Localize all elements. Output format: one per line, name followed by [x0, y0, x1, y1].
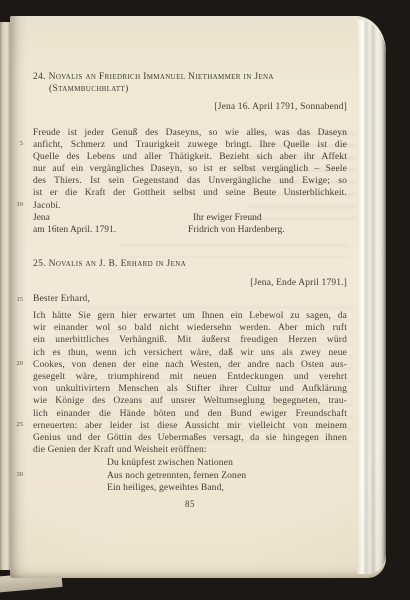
text-line: wie Könige des Ozeans auf unsrer Weltums…	[33, 395, 347, 407]
text-line: wir einander wol so bald nicht wiederseh…	[33, 322, 347, 334]
text-line: Quelle des Lebens und aller Thätigkeit. …	[33, 151, 347, 163]
text-line: lich einander die Hände böten und den Bu…	[33, 408, 347, 420]
letter-24-closing-row-1: Jena Ihr ewiger Freund	[33, 212, 347, 224]
letter-24-body: Freude ist jeder Genuß des Daseyns, so w…	[33, 127, 347, 212]
margin-line-number: 20	[10, 360, 23, 367]
text-line: erneuerten: aber leider ist diese Aussic…	[33, 420, 347, 432]
margin-line-number: 25	[10, 421, 23, 428]
text-line: Aus noch getrennten, fernen Zonen	[107, 470, 347, 483]
letter-25-heading: 25. Novalis an J. B. Erhard in Jena	[33, 259, 347, 269]
letter-25-verse: Du knüpfest zwischen NationenAus noch ge…	[107, 457, 347, 495]
margin-line-number: 30	[10, 471, 23, 478]
text-line: Genius und der Göttin des Uebermaßes ver…	[33, 432, 347, 444]
text-line: gesegelt wäre, triumphirend mit neuen En…	[33, 371, 347, 383]
closing-place: Jena	[33, 213, 50, 223]
text-line: Jacobi.	[33, 200, 347, 212]
margin-line-number: 10	[10, 201, 23, 208]
margin-line-number: 15	[10, 296, 23, 303]
closing-valediction: Ihr ewiger Freund	[193, 212, 262, 224]
closing-date: am 16ten April. 1791.	[33, 225, 116, 235]
letter-24-dateline: [Jena 16. April 1791, Sonnabend]	[33, 102, 347, 112]
letter-25-salutation: Bester Erhard,	[33, 294, 347, 304]
page-text: 24. Novalis an Friedrich Immanuel Nietha…	[0, 0, 410, 600]
letter-25-body: Ich hätte Sie gern hier erwartet um Ihne…	[33, 310, 347, 456]
letter-24-closing-row-2: am 16ten April. 1791. Fridrich von Harde…	[33, 224, 347, 236]
text-line: anficht, Schmerz und Traurigkeit zuwege …	[33, 139, 347, 151]
book-scan-photo: 24. Novalis an Friedrich Immanuel Nietha…	[0, 0, 410, 600]
text-line: ich es thun, wenn ich versichert wäre, d…	[33, 347, 347, 359]
text-line: von unkultivirtern Menschen als Stifter …	[33, 383, 347, 395]
text-line: Ich hätte Sie gern hier erwartet um Ihne…	[33, 310, 347, 322]
text-line: Ein heiliges, geweihtes Band,	[107, 482, 347, 495]
text-line: des Thiers. Ist sein Gegenstand das Unve…	[33, 175, 347, 187]
text-line: nur auf ein vergängliches Daseyn, so ist…	[33, 163, 347, 175]
text-line: die Genien der Kraft und Weisheit eröffn…	[33, 444, 347, 456]
letter-24-heading: 24. Novalis an Friedrich Immanuel Nietha…	[33, 72, 347, 82]
text-line: Du knüpfest zwischen Nationen	[107, 457, 347, 470]
letter-24-heading-sub: (Stammbuchblatt)	[49, 84, 363, 94]
text-line: Freude ist jeder Genuß des Daseyns, so w…	[33, 127, 347, 139]
page-number: 85	[33, 499, 347, 509]
margin-line-number: 5	[10, 140, 23, 147]
text-line: ist er die Kraft der Gottheit selbst und…	[33, 187, 347, 199]
text-line: Cookes, von denen der eine nach Westen, …	[33, 359, 347, 371]
letter-25-dateline: [Jena, Ende April 1791.]	[33, 278, 347, 288]
text-line: ein unerbittliches Verhängniß. Mit äußer…	[33, 334, 347, 346]
closing-signature: Fridrich von Hardenberg.	[188, 224, 285, 236]
